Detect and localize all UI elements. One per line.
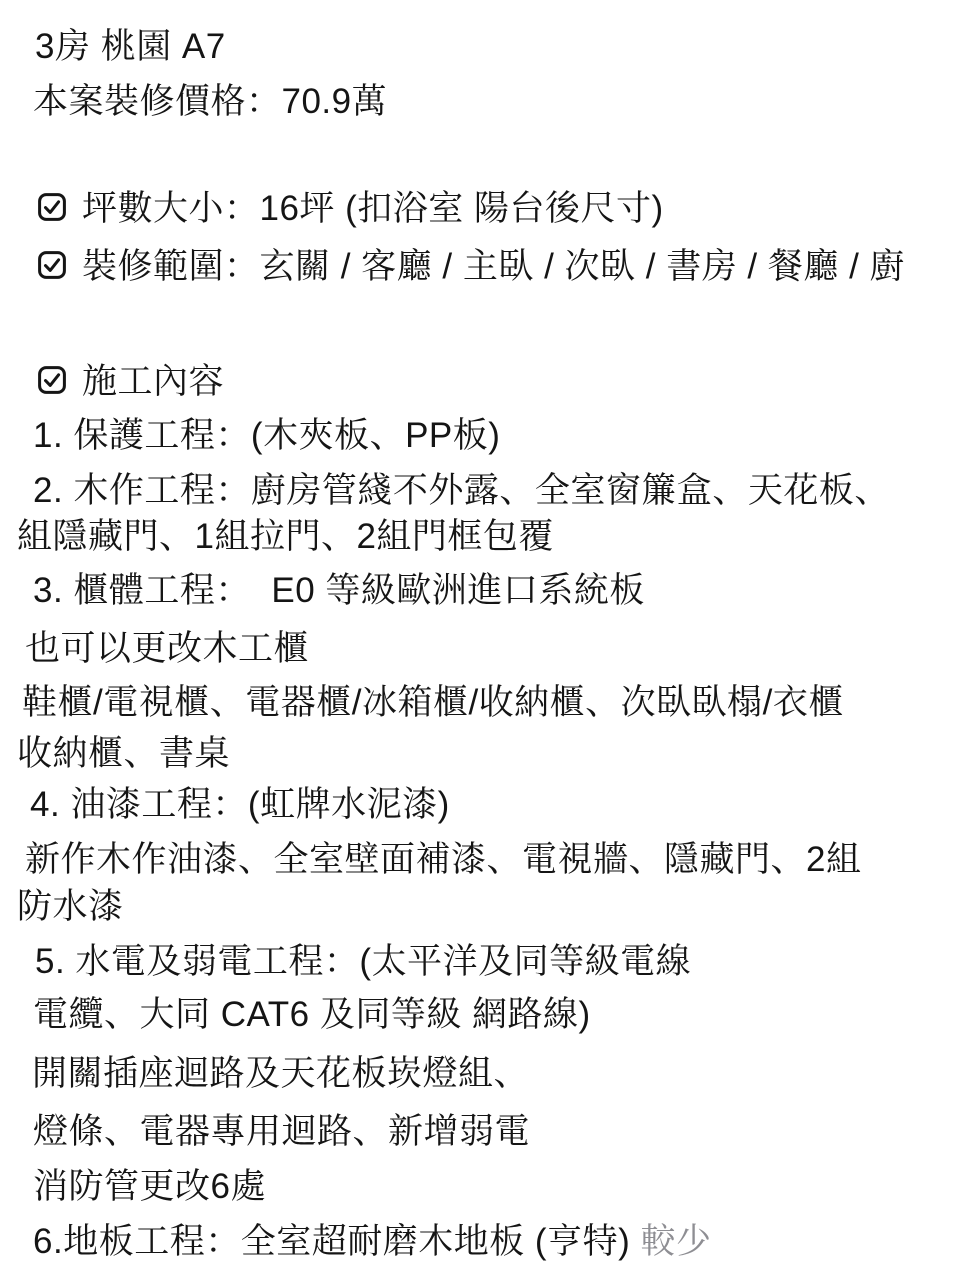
note-line: 電纜、大同 CAT6 及同等級 網路線) [33,994,591,1036]
checked-checkbox-icon [38,251,66,279]
note-line: 2. 木作工程：廚房管綫不外露、全室窗簾盒、天花板、 [33,470,890,512]
note-line-text: 鞋櫃/電視櫃、電器櫃/冰箱櫃/收納櫃、次臥臥榻/衣櫃 [22,682,844,724]
note-line-text: 也可以更改木工櫃 [25,628,309,670]
note-line: 鞋櫃/電視櫃、電器櫃/冰箱櫃/收納櫃、次臥臥榻/衣櫃 [22,682,844,724]
note-line-text: 燈條、電器專用迴路、新增弱電 [33,1111,530,1153]
note-line-muted-text: 較少 [640,1221,711,1263]
note-line: 5. 水電及弱電工程：(太平洋及同等級電線 [35,941,691,983]
note-line: 防水漆 [17,886,124,928]
note-line-text: 坪數大小：16坪 (扣浴室 陽台後尺寸) [82,188,664,230]
note-line-text: 防水漆 [17,886,124,928]
note-line-checked-item: 施工內容 [38,361,224,403]
note-line: 消防管更改6處 [33,1166,266,1208]
note-line-text: 6.地板工程：全室超耐磨木地板 (亨特) [33,1221,640,1263]
note-line: 3房 桃園 A7 [35,26,226,68]
note-line: 燈條、電器專用迴路、新增弱電 [33,1111,530,1153]
note-page: { "colors": { "text": "#151515", "muted"… [0,0,961,1280]
note-line-text: 開關插座迴路及天花板崁燈組、 [32,1053,529,1095]
checked-checkbox-icon [38,366,66,394]
note-line-text: 施工內容 [82,361,224,403]
note-line: 本案裝修價格：70.9萬 [33,81,387,123]
note-line-text: 4. 油漆工程：(虹牌水泥漆) [30,784,450,826]
note-line-text: 組隱藏門、1組拉門、2組門框包覆 [17,516,554,558]
note-line: 收納櫃、書桌 [17,733,230,775]
note-line: 1. 保護工程：(木夾板、PP板) [33,415,500,457]
note-line-checked-item: 裝修範圍：玄關 / 客廳 / 主臥 / 次臥 / 書房 / 餐廳 / 廚 [38,246,905,288]
note-line-text: 電纜、大同 CAT6 及同等級 網路線) [33,994,591,1036]
note-line: 開關插座迴路及天花板崁燈組、 [32,1053,529,1095]
note-line: 4. 油漆工程：(虹牌水泥漆) [30,784,450,826]
checked-checkbox-icon [38,193,66,221]
note-line: 也可以更改木工櫃 [25,628,309,670]
note-line-text: 新作木作油漆、全室壁面補漆、電視牆、隱藏門、2組 [25,839,861,881]
note-line-text: 消防管更改6處 [33,1166,266,1208]
note-line-text: 3. 櫃體工程： E0 等級歐洲進口系統板 [33,570,645,612]
note-line-text: 收納櫃、書桌 [17,733,230,775]
note-line-text: 2. 木作工程：廚房管綫不外露、全室窗簾盒、天花板、 [33,470,890,512]
note-line: 組隱藏門、1組拉門、2組門框包覆 [17,516,554,558]
note-line: 3. 櫃體工程： E0 等級歐洲進口系統板 [33,570,645,612]
note-line-checked-item: 坪數大小：16坪 (扣浴室 陽台後尺寸) [38,188,664,230]
note-line-text: 裝修範圍：玄關 / 客廳 / 主臥 / 次臥 / 書房 / 餐廳 / 廚 [82,246,905,288]
note-body: 3房 桃園 A7本案裝修價格：70.9萬坪數大小：16坪 (扣浴室 陽台後尺寸)… [0,0,961,1280]
note-line-text: 本案裝修價格：70.9萬 [33,81,387,123]
note-line-text: 1. 保護工程：(木夾板、PP板) [33,415,500,457]
note-line: 新作木作油漆、全室壁面補漆、電視牆、隱藏門、2組 [25,839,861,881]
note-line: 6.地板工程：全室超耐磨木地板 (亨特) 較少 [33,1221,711,1263]
note-line-text: 3房 桃園 A7 [35,26,226,68]
note-line-text: 5. 水電及弱電工程：(太平洋及同等級電線 [35,941,691,983]
